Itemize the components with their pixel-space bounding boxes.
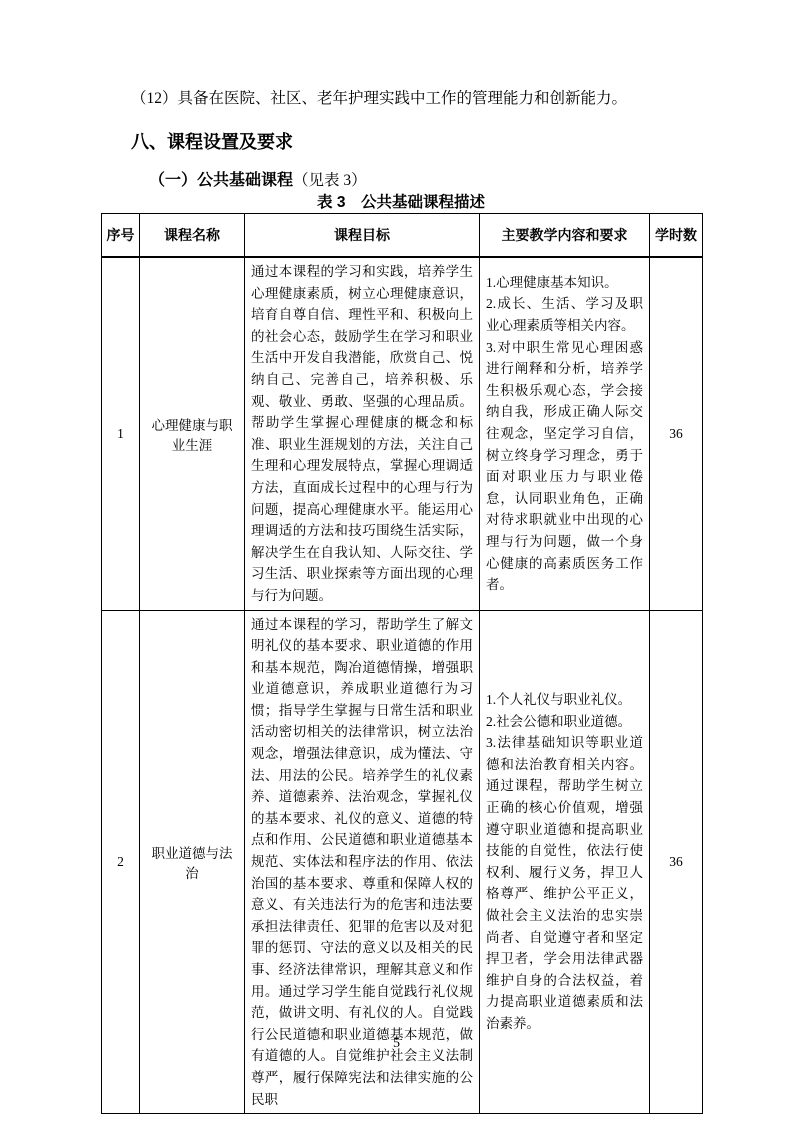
subsection-heading-note: （见表 3） xyxy=(293,172,367,189)
table-header-row: 序号 课程名称 课程目标 主要教学内容和要求 学时数 xyxy=(102,214,703,258)
row2-content-item-2: 2.社会公德和职业道德。 xyxy=(486,711,643,733)
row1-content-item-3: 3.对中职生常见心理困惑进行阐释和分析，培养学生积极乐观心态，学会接纳自我，形成… xyxy=(486,337,643,596)
public-basic-courses-table: 序号 课程名称 课程目标 主要教学内容和要求 学时数 1 心理健康与职业生涯 通… xyxy=(101,213,703,1114)
table-row: 1 心理健康与职业生涯 通过本课程的学习和实践，培养学生心理健康素质，树立心理健… xyxy=(102,257,703,610)
header-course-objective: 课程目标 xyxy=(245,214,480,258)
row1-course-objective: 通过本课程的学习和实践，培养学生心理健康素质，树立心理健康意识，培育自尊自信、理… xyxy=(245,257,480,610)
header-course-name: 课程名称 xyxy=(140,214,245,258)
subsection-heading-bold: （一）公共基础课程 xyxy=(149,172,293,189)
header-class-hours: 学时数 xyxy=(650,214,703,258)
row2-content-item-1: 1.个人礼仪与职业礼仪。 xyxy=(486,689,643,711)
page-number: 5 xyxy=(0,1036,793,1052)
row1-content-item-2: 2.成长、生活、学习及职业心理素质等相关内容。 xyxy=(486,293,643,336)
paragraph-item-12: （12）具备在医院、社区、老年护理实践中工作的管理能力和创新能力。 xyxy=(131,88,691,110)
row1-content-item-1: 1.心理健康基本知识。 xyxy=(486,272,643,294)
header-teaching-content: 主要教学内容和要求 xyxy=(480,214,650,258)
row1-class-hours: 36 xyxy=(650,257,703,610)
row1-serial-number: 1 xyxy=(102,257,140,610)
header-serial-number: 序号 xyxy=(102,214,140,258)
section-heading-8: 八、课程设置及要求 xyxy=(131,128,293,154)
table-caption: 表 3 公共基础课程描述 xyxy=(101,190,701,212)
row2-content-item-3: 3.法律基础知识等职业道德和法治教育相关内容。通过课程，帮助学生树立正确的核心价… xyxy=(486,732,643,1034)
row1-course-name: 心理健康与职业生涯 xyxy=(140,257,245,610)
document-page: { "page": { "paragraph_12": "（12）具备在医院、社… xyxy=(0,0,793,1122)
subsection-heading-1: （一）公共基础课程（见表 3） xyxy=(149,167,367,190)
row1-teaching-content: 1.心理健康基本知识。 2.成长、生活、学习及职业心理素质等相关内容。 3.对中… xyxy=(480,257,650,610)
